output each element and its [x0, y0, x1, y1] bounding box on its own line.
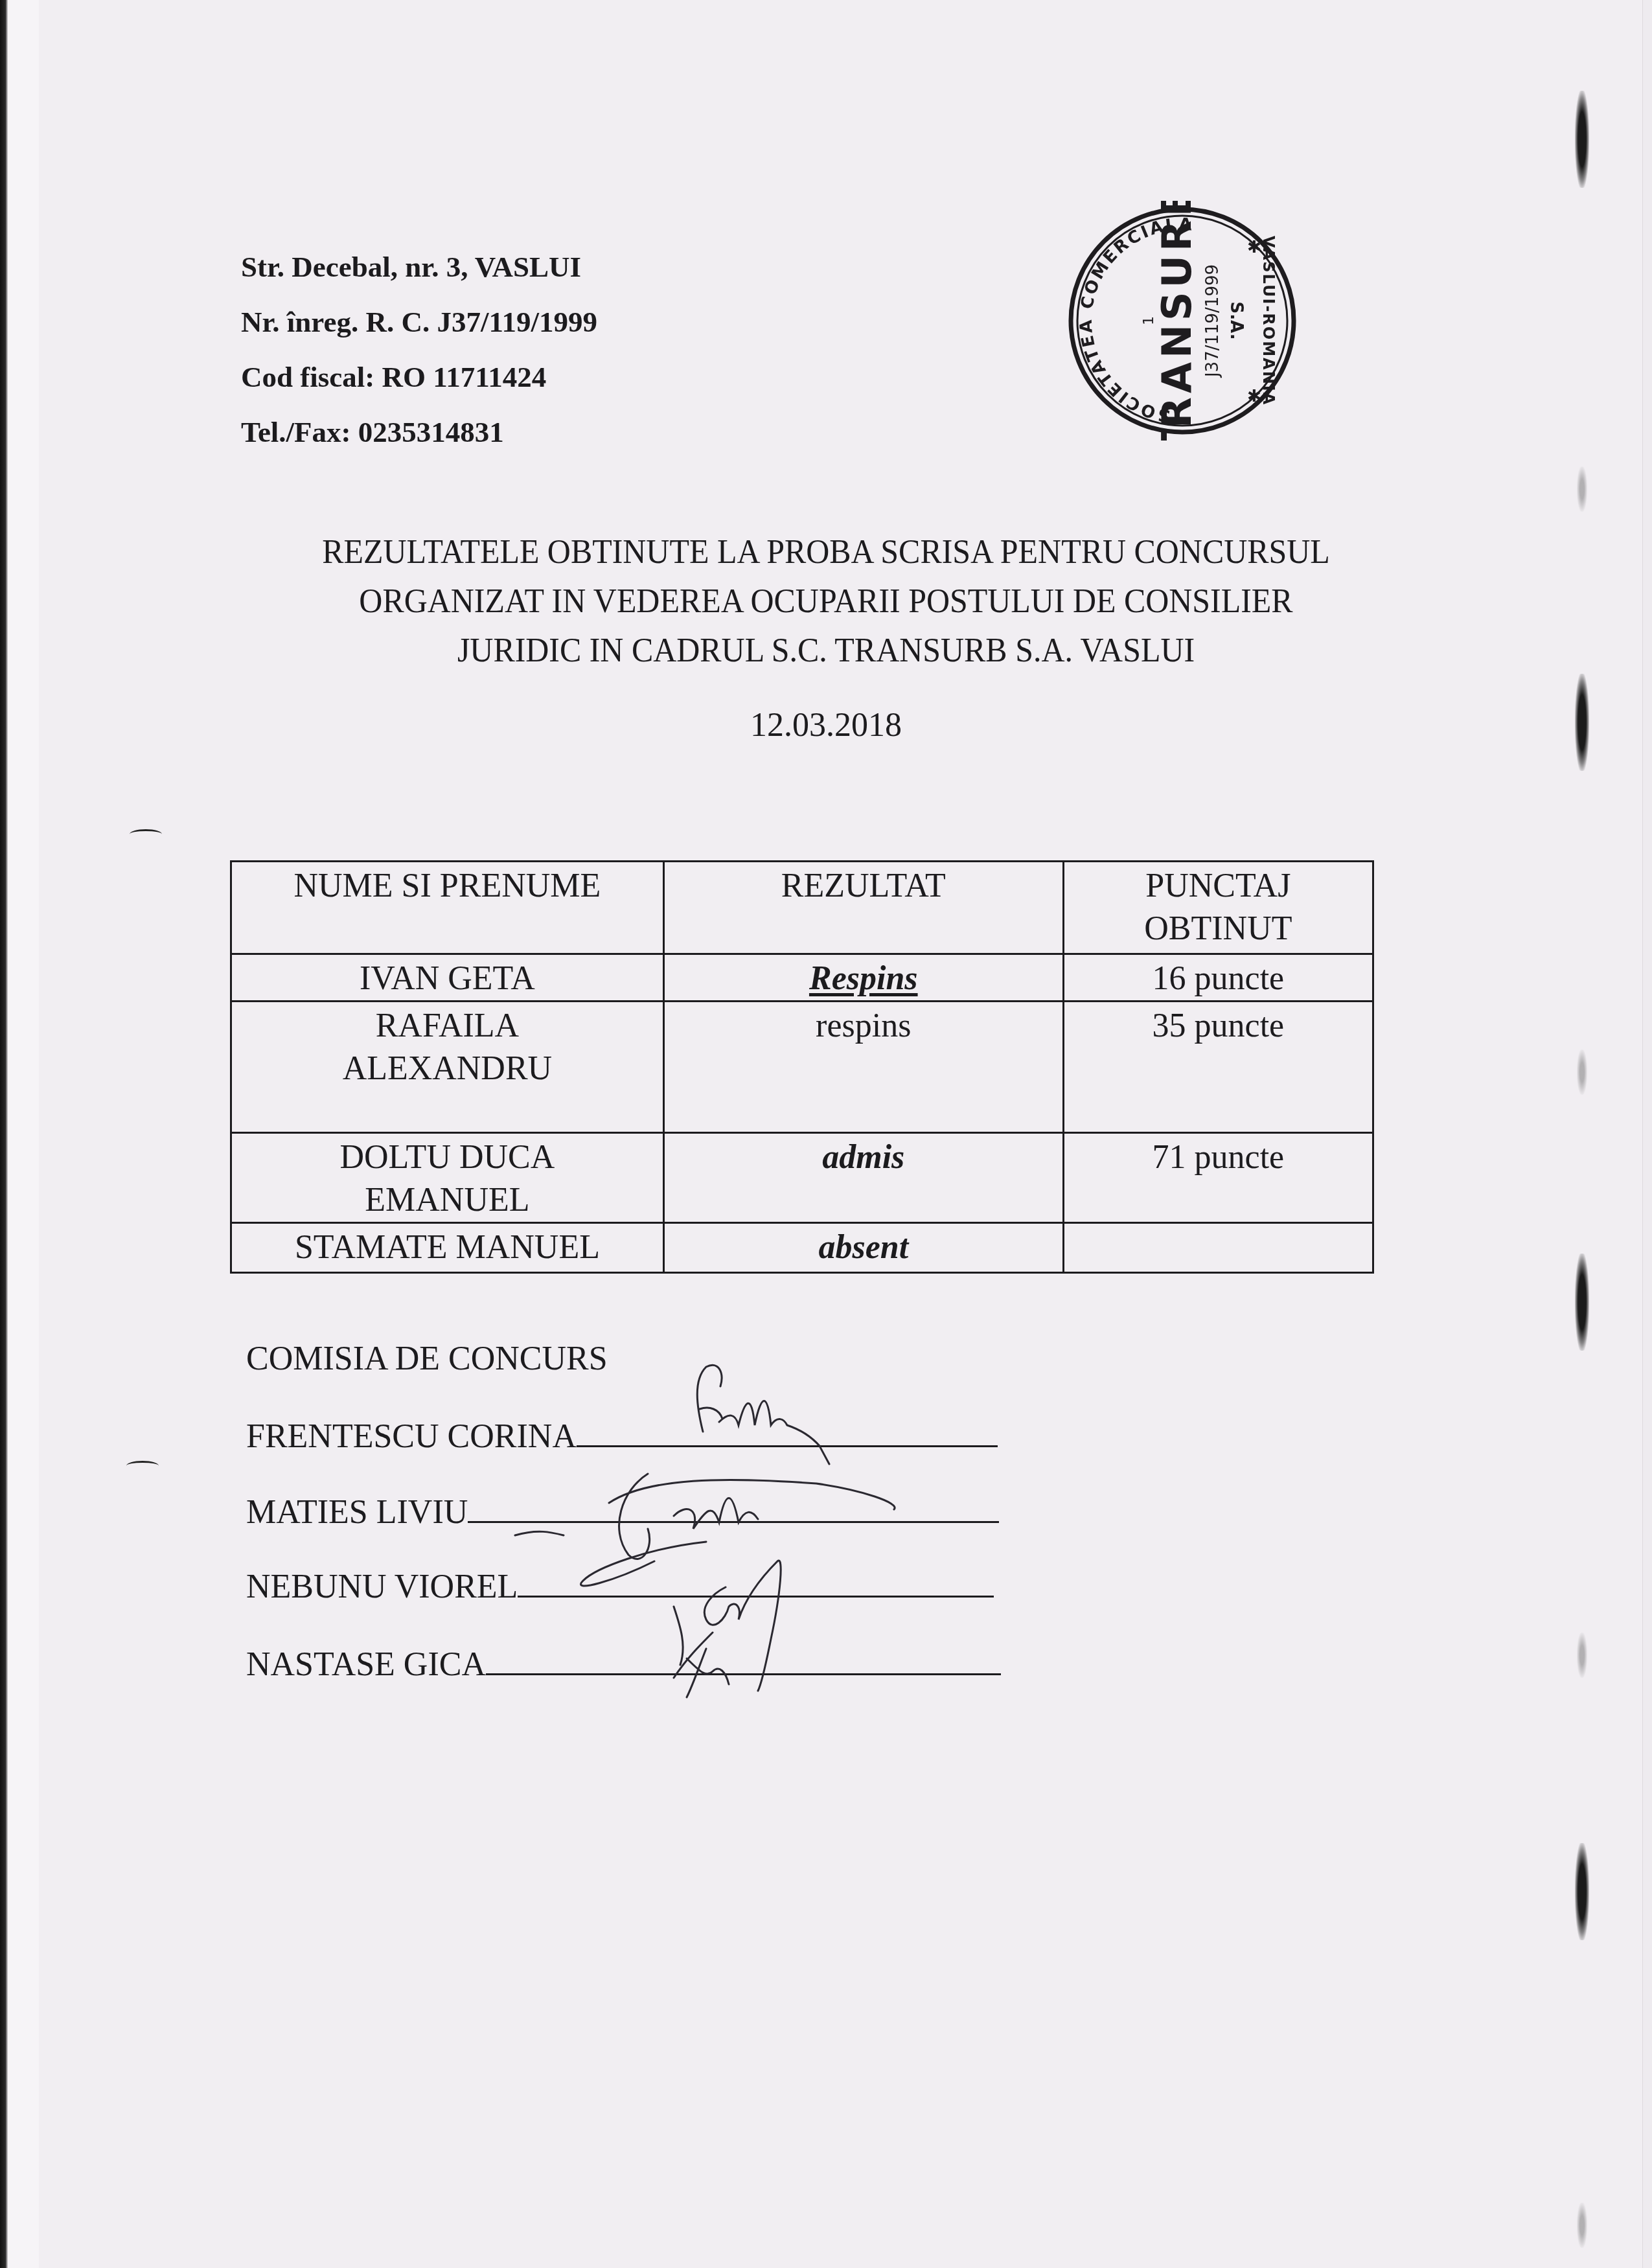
header-score-line-1: PUNCTAJ	[1071, 865, 1366, 908]
punch-hole-mark	[1577, 2203, 1587, 2248]
candidate-name-line-2: EMANUEL	[238, 1179, 656, 1222]
candidate-result: admis	[663, 1133, 1063, 1223]
signature-rule	[486, 1673, 1001, 1675]
svg-text:✱: ✱	[1247, 238, 1261, 257]
candidate-name: RAFAILA ALEXANDRU	[231, 1002, 664, 1133]
table-header-row: NUME SI PRENUME REZULTAT PUNCTAJ OBTINUT	[231, 862, 1373, 954]
candidate-name: DOLTU DUCA EMANUEL	[231, 1133, 664, 1223]
company-address: Str. Decebal, nr. 3, VASLUI	[241, 240, 597, 295]
company-info: Str. Decebal, nr. 3, VASLUI Nr. înreg. R…	[241, 240, 597, 460]
candidate-score	[1063, 1223, 1373, 1273]
table-row: RAFAILA ALEXANDRU respins 35 puncte	[231, 1002, 1373, 1133]
candidate-name-line-2: ALEXANDRU	[238, 1048, 656, 1090]
signature-line: MATIES LIVIU	[246, 1493, 999, 1531]
svg-text:S.A.: S.A.	[1226, 301, 1246, 339]
candidate-name-line-1: DOLTU DUCA	[238, 1136, 656, 1179]
signature-rule	[468, 1520, 999, 1523]
candidate-name: IVAN GETA	[231, 954, 664, 1002]
svg-text:VASLUI-ROMANIA: VASLUI-ROMANIA	[1259, 236, 1278, 406]
member-name: FRENTESCU CORINA	[246, 1418, 577, 1455]
punch-hole-mark	[1575, 1254, 1589, 1351]
margin-tick-mark	[130, 829, 162, 839]
member-name: MATIES LIVIU	[246, 1494, 468, 1531]
margin-tick-mark	[126, 1461, 159, 1471]
results-table: NUME SI PRENUME REZULTAT PUNCTAJ OBTINUT…	[230, 860, 1374, 1274]
svg-text:TRANSURB: TRANSURB	[1153, 201, 1200, 441]
scan-border-right	[1642, 0, 1652, 2268]
punch-hole-mark	[1577, 1049, 1587, 1095]
candidate-score: 16 puncte	[1063, 954, 1373, 1002]
punch-hole-mark	[1577, 466, 1587, 512]
header-name: NUME SI PRENUME	[231, 862, 664, 954]
commission-heading: COMISIA DE CONCURS	[246, 1340, 608, 1378]
signature-line: FRENTESCU CORINA	[246, 1417, 998, 1456]
table-row: DOLTU DUCA EMANUEL admis 71 puncte	[231, 1133, 1373, 1223]
signature-line: NEBUNU VIOREL	[246, 1568, 994, 1606]
scan-border-left	[0, 0, 8, 2268]
table-row: STAMATE MANUEL absent	[231, 1223, 1373, 1273]
svg-text:1: 1	[1141, 316, 1157, 325]
document-title: REZULTATELE OBTINUTE LA PROBA SCRISA PEN…	[33, 528, 1619, 676]
candidate-score: 71 puncte	[1063, 1133, 1373, 1223]
table-row: IVAN GETA Respins 16 puncte	[231, 954, 1373, 1002]
header-result: REZULTAT	[663, 862, 1063, 954]
signature-rule	[518, 1595, 994, 1598]
punch-hole-mark	[1575, 91, 1589, 188]
svg-text:J37/119/1999: J37/119/1999	[1203, 264, 1222, 378]
punch-hole-mark	[1575, 1843, 1589, 1940]
title-line-1: REZULTATELE OBTINUTE LA PROBA SCRISA PEN…	[33, 528, 1619, 577]
document-date: 12.03.2018	[0, 706, 1652, 744]
scan-margin-left	[8, 0, 39, 2268]
signature-rule	[577, 1445, 998, 1447]
result-text: absent	[818, 1229, 908, 1266]
candidate-result: respins	[663, 1002, 1063, 1133]
candidate-result: absent	[663, 1223, 1063, 1273]
result-text: Respins	[809, 960, 918, 997]
header-score: PUNCTAJ OBTINUT	[1063, 862, 1373, 954]
company-phone-fax: Tel./Fax: 0235314831	[241, 405, 597, 460]
result-text: admis	[822, 1139, 904, 1176]
member-name: NEBUNU VIOREL	[246, 1568, 518, 1605]
company-fiscal-code: Cod fiscal: RO 11711424	[241, 350, 597, 405]
member-name: NASTASE GICA	[246, 1646, 486, 1683]
signature-line: NASTASE GICA	[246, 1645, 1001, 1684]
candidate-name-line-1: RAFAILA	[238, 1005, 656, 1048]
title-line-3: JURIDIC IN CADRUL S.C. TRANSURB S.A. VAS…	[33, 626, 1619, 676]
candidate-name: STAMATE MANUEL	[231, 1223, 664, 1273]
company-registration: Nr. înreg. R. C. J37/119/1999	[241, 295, 597, 350]
candidate-score: 35 puncte	[1063, 1002, 1373, 1133]
title-line-2: ORGANIZAT IN VEDEREA OCUPARII POSTULUI D…	[33, 577, 1619, 626]
header-score-line-2: OBTINUT	[1071, 908, 1366, 950]
punch-hole-mark	[1577, 1632, 1587, 1678]
svg-text:✱: ✱	[1247, 387, 1261, 406]
candidate-result: Respins	[663, 954, 1063, 1002]
company-stamp-icon: SOCIETATEA COMERCIALA TRANSURB J37/119/1…	[1062, 201, 1302, 441]
